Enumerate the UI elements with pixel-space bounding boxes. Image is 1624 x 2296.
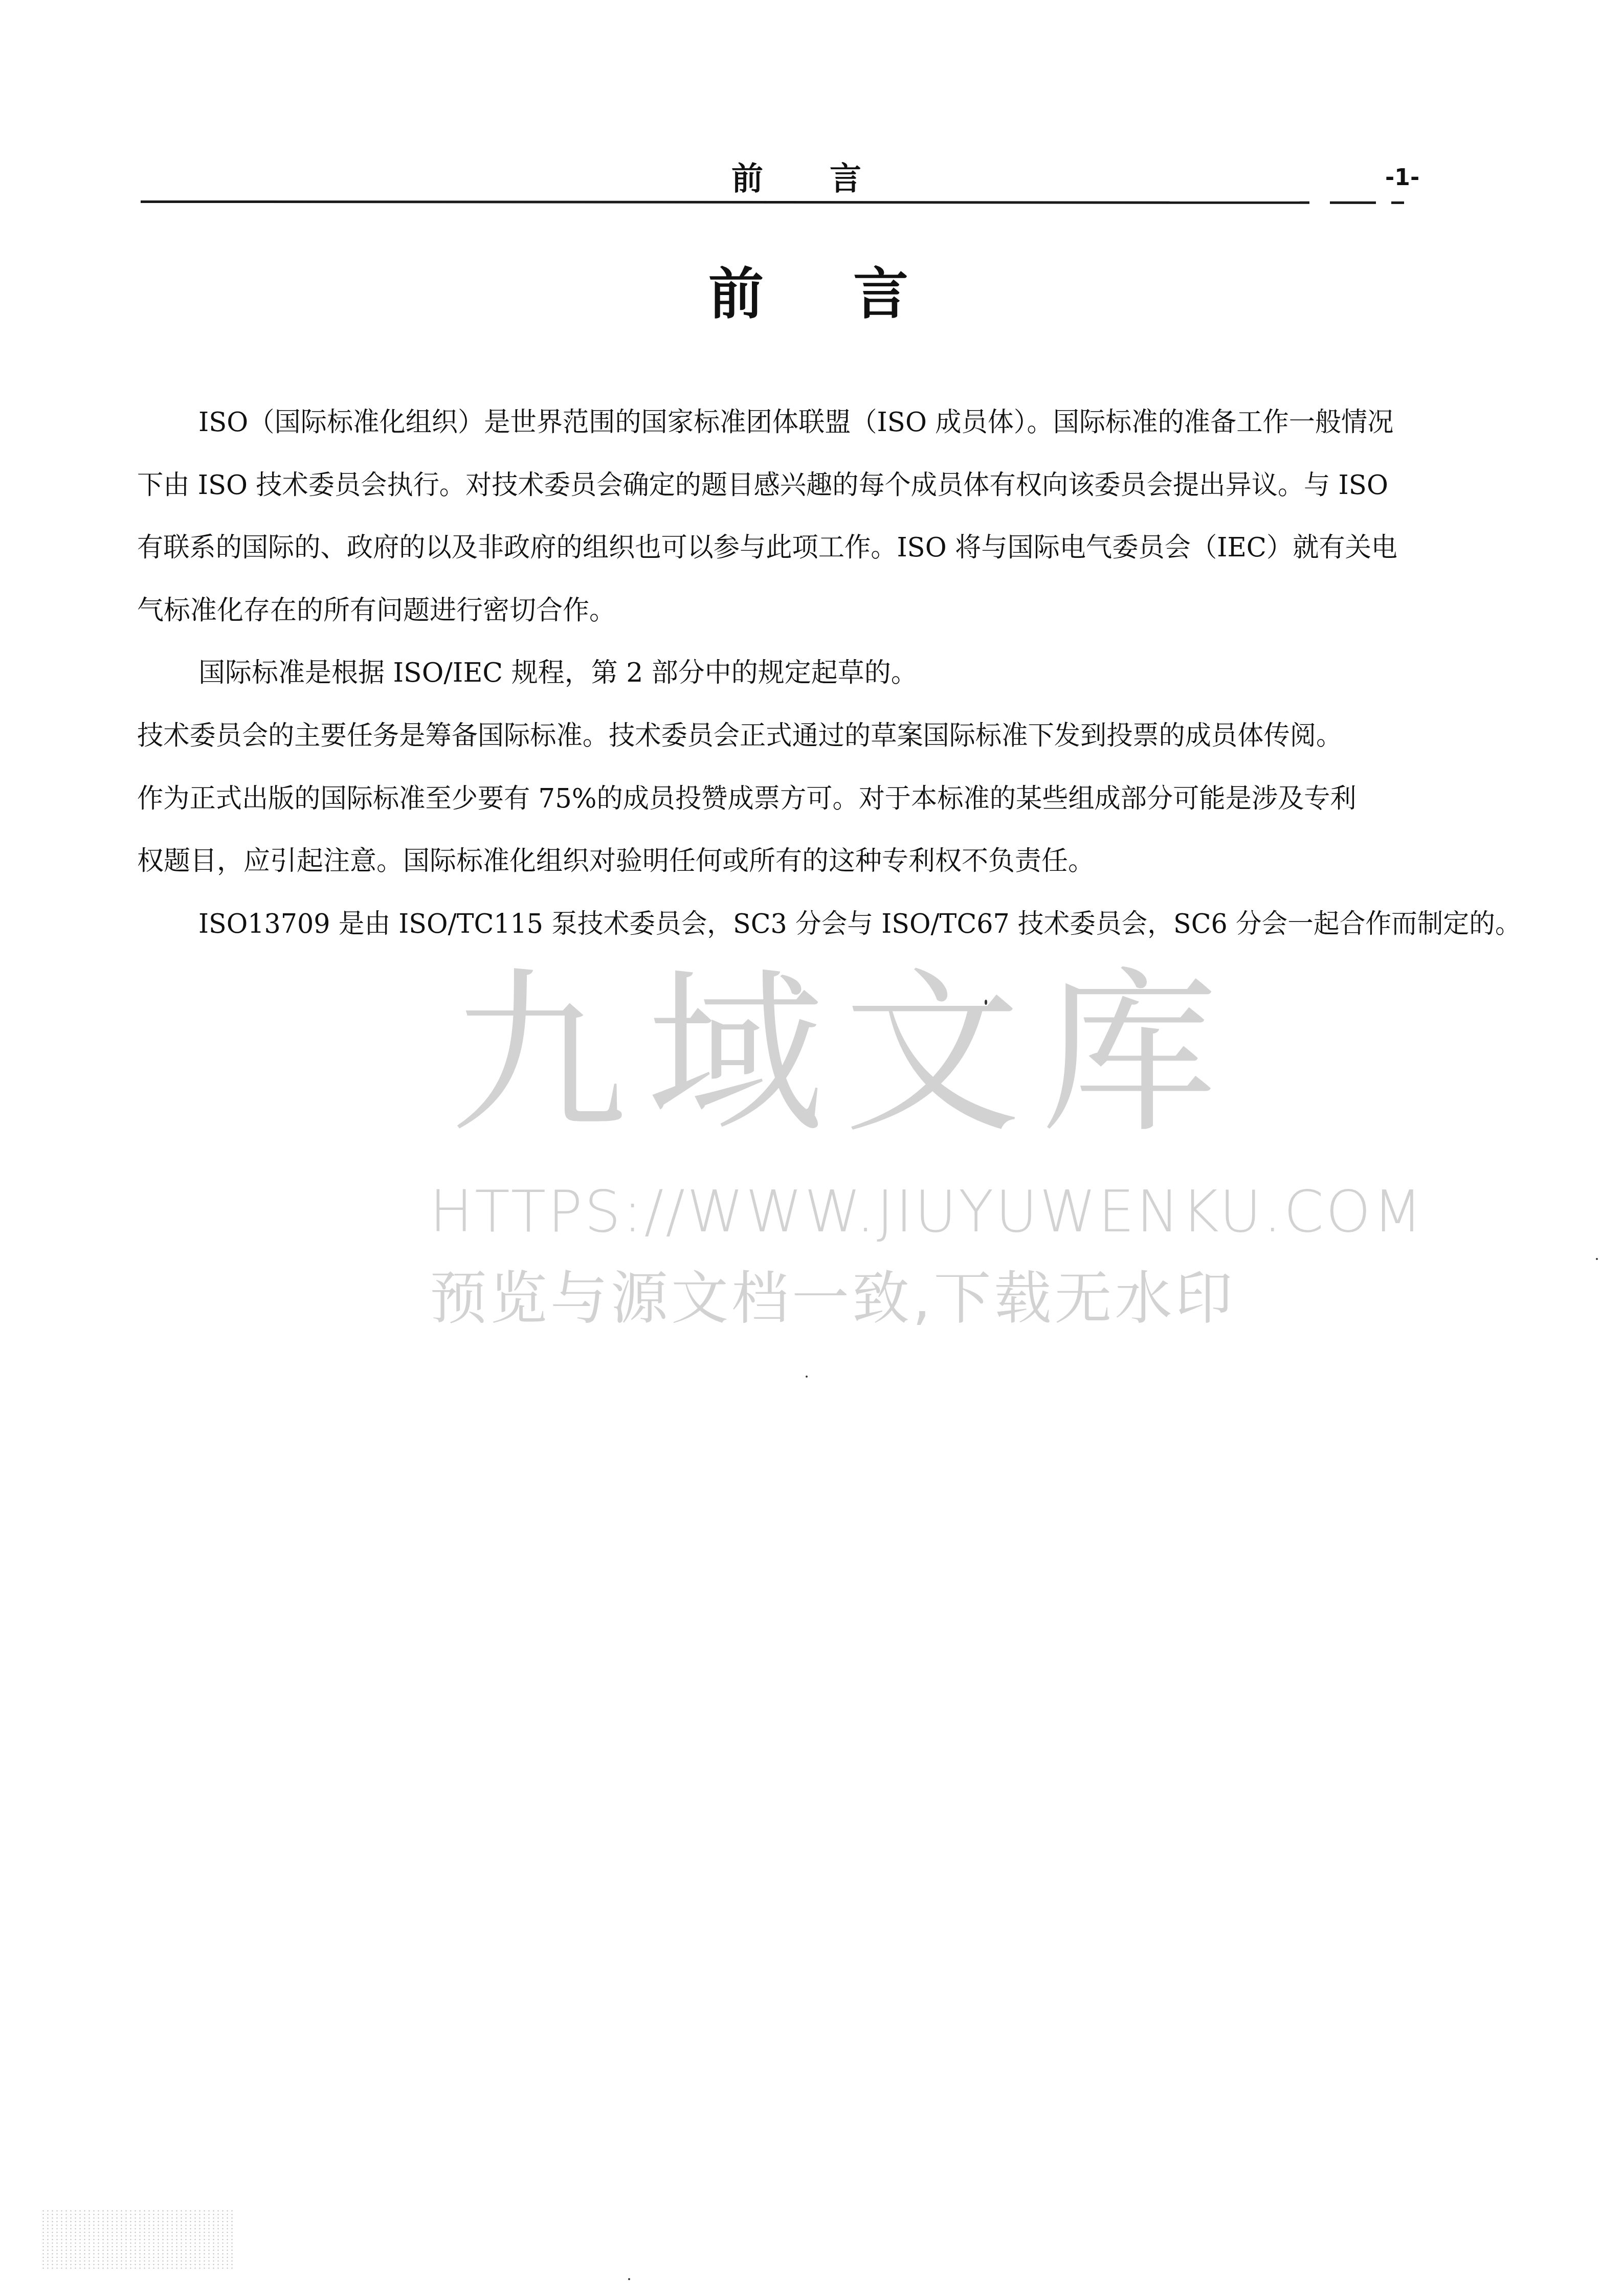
rule-gap — [1309, 198, 1330, 206]
paragraph-line: 下由 ISO 技术委员会执行。对技术委员会确定的题目感兴趣的每个成员体有权向该委… — [137, 463, 1388, 502]
header-rule — [141, 200, 1440, 204]
scan-speck — [806, 1376, 808, 1378]
page-number: -1- — [1385, 165, 1419, 191]
watermark-slogan: 预览与源文档一致,下载无水印 — [430, 1253, 1236, 1335]
paragraph-line: 国际标准是根据 ISO/IEC 规程，第 2 部分中的规定起草的。 — [198, 651, 918, 689]
scan-speck — [1481, 918, 1483, 920]
scan-speck — [1596, 1258, 1598, 1260]
rule-gap — [1404, 198, 1440, 206]
watermark-brand: 九域文库 — [450, 966, 1238, 1143]
running-header-title: 前言 — [731, 153, 928, 199]
paragraph-line: 气标准化存在的所有问题进行密切合作。 — [137, 589, 616, 627]
paragraph-line: ISO（国际标准化组织）是世界范围的国家标准团体联盟（ISO 成员体）。国际标准… — [198, 400, 1394, 439]
scan-noise — [41, 2209, 235, 2270]
watermark-url: HTTPS://WWW.JIUYUWENKU.COM — [430, 1179, 1425, 1245]
paragraph-line: 技术委员会的主要任务是筹备国际标准。技术委员会正式通过的草案国际标准下发到投票的… — [137, 714, 1342, 752]
rule-gap — [1376, 198, 1391, 206]
section-title: 前言 — [708, 250, 998, 329]
scan-speck — [628, 2278, 630, 2280]
paragraph-line: 有联系的国际的、政府的以及非政府的组织也可以参与此项工作。ISO 将与国际电气委… — [137, 526, 1397, 564]
scan-speck — [985, 1000, 987, 1005]
paragraph-line: ISO13709 是由 ISO/TC115 泵技术委员会，SC3 分会与 ISO… — [198, 902, 1521, 940]
paragraph-line: 权题目，应引起注意。国际标准化组织对验明任何或所有的这种专利权不负责任。 — [137, 839, 1095, 877]
paragraph-line: 作为正式出版的国际标准至少要有 75%的成员投赞成票方可。对于本标准的某些组成部… — [137, 777, 1356, 815]
